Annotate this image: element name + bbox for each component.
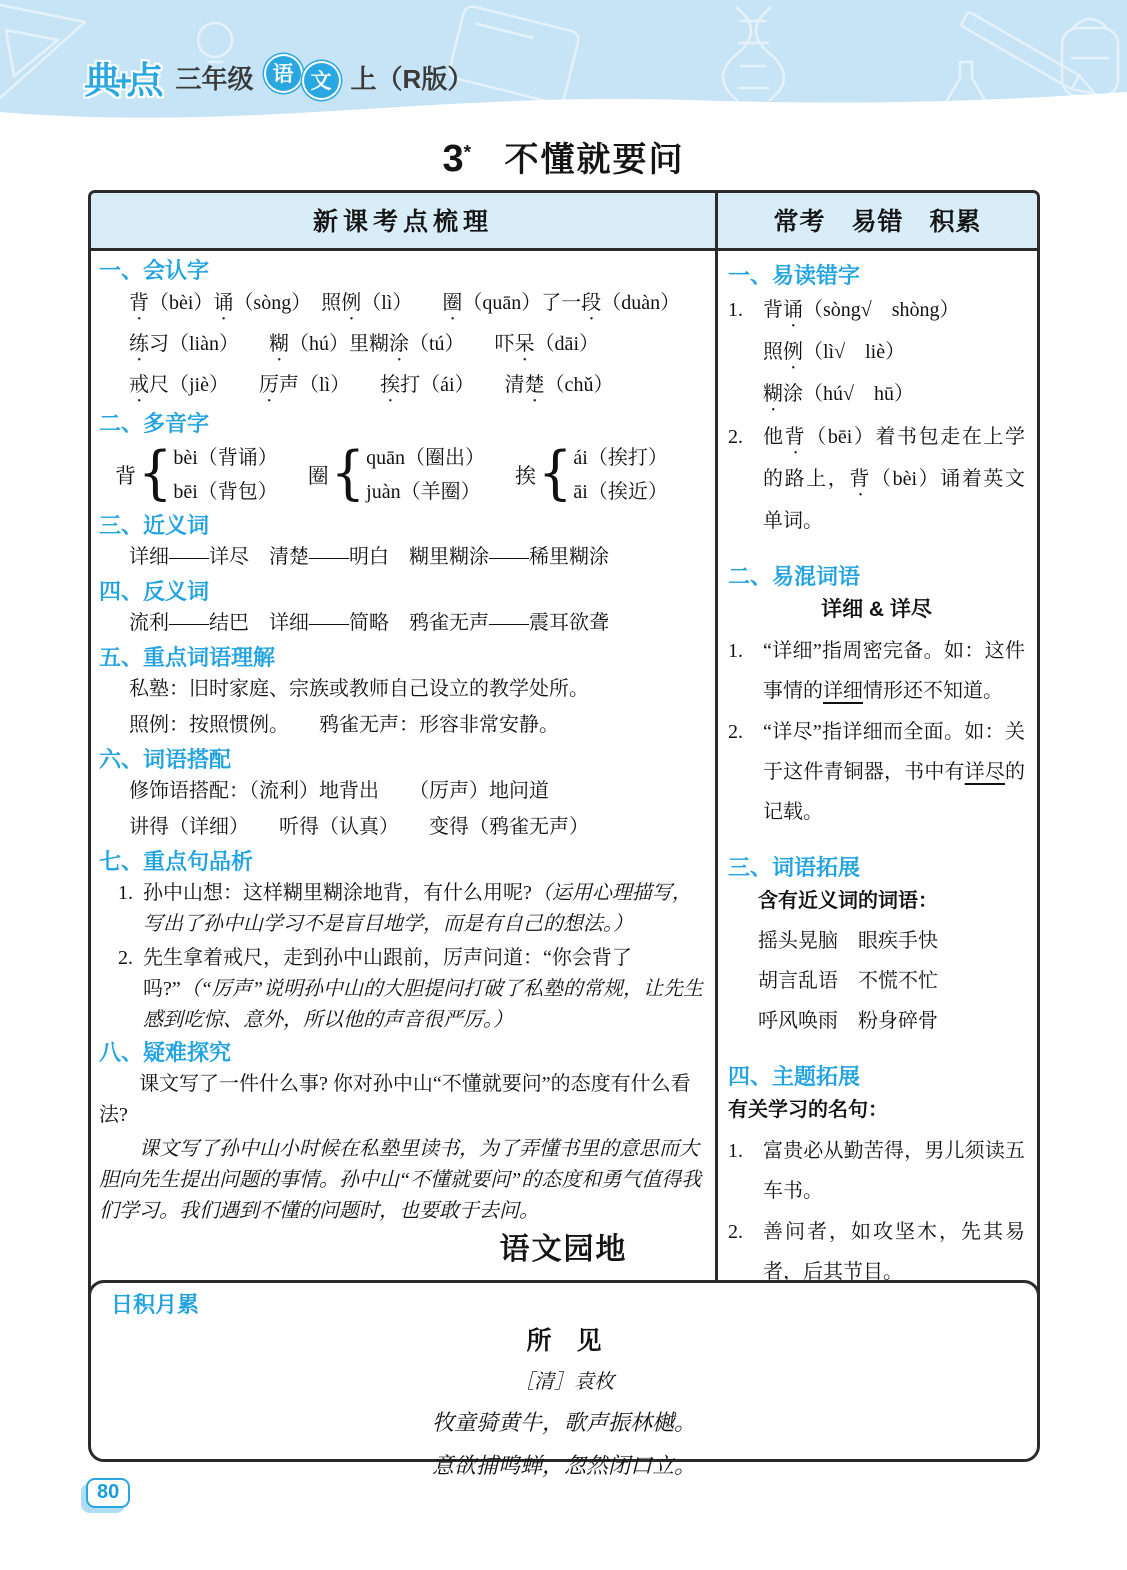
item-text: 背诵（sòng√ shòng） 照例（lì√ liè） 糊涂（hú√ hū）: [763, 290, 1025, 416]
polyphone-char: 背: [115, 460, 136, 490]
subject-badge: 语 文: [266, 60, 339, 95]
item-number: 2.: [728, 712, 754, 832]
brand-char: 点: [127, 50, 164, 104]
pronunciation: ái（挨打）: [573, 441, 667, 475]
section-heading: 五、重点词语理解: [99, 644, 705, 671]
polyphone-char: 圈: [308, 460, 329, 490]
item-text: “详尽”指详细而全面。如：关于这件青铜器，书中有详尽的记载。: [763, 712, 1025, 832]
paragraph: 课文写了一件什么事? 你对孙中山“不懂就要问”的态度有什么看法?: [99, 1069, 705, 1131]
lesson-name: 不懂就要问: [505, 141, 685, 179]
text-line: 照例：按照惯例。 鸦雀无声：形容非常安静。: [99, 707, 705, 743]
section-heading: 三、词语拓展: [728, 854, 1025, 881]
brace-icon: {: [538, 447, 572, 499]
text-line: 详细——详尽 清楚——明白 糊里糊涂——稀里糊涂: [99, 539, 705, 575]
right-column: 一、易读错字 1. 背诵（sòng√ shòng） 照例（lì√ liè） 糊涂…: [718, 251, 1037, 1322]
numbered-item: 1. 孙中山想：这样糊里糊涂地背，有什么用呢?（运用心理描写，写出了孙中山学习不…: [99, 878, 705, 940]
numbered-item: 1. “详细”指周密完备。如：这件事情的详细情形还不知道。: [728, 631, 1025, 711]
accumulation-box: 日积月累 所 见 ［清］袁枚 牧童骑黄牛，歌声振林樾。 意欲捕鸣蝉，忽然闭口立。: [88, 1280, 1040, 1462]
section-huirenzi: 一、会认字 背（bèi）诵（sòng） 照例（lì） 圈（quān）了一段（du…: [99, 257, 705, 407]
box-label: 日积月累: [111, 1291, 1017, 1319]
numbered-item: 2. 先生拿着戒尺，走到孙中山跟前，厉声问道：“你会背了吗?”（“厉声”说明孙中…: [99, 943, 705, 1036]
polyphone-group: 背 { bèi（背诵） bēi（背包）: [115, 441, 278, 509]
text-line: 流利——结巴 详细——简略 鸦雀无声——震耳欲聋: [99, 605, 705, 641]
subject-circle: 文: [304, 63, 339, 98]
numbered-item: 2. 他背（bēi）着书包走在上学的路上，背（bèi）诵着英文单词。: [728, 417, 1025, 541]
grade-label: 三年级: [176, 59, 254, 96]
section-heading: 三、近义词: [99, 512, 705, 539]
item-text: 先生拿着戒尺，走到孙中山跟前，厉声问道：“你会背了吗?”（“厉声”说明孙中山的大…: [143, 943, 705, 1036]
table-header-left: 新课考点梳理: [91, 193, 718, 248]
section-heading: 四、主题拓展: [728, 1063, 1025, 1090]
item-number: 1.: [728, 1131, 754, 1211]
section-yinan-tanjiu: 八、疑难探究 课文写了一件什么事? 你对孙中山“不懂就要问”的态度有什么看法? …: [99, 1039, 705, 1227]
numbered-item: 1. 富贵必从勤苦得，男儿须读五车书。: [728, 1131, 1025, 1211]
polyphone-char: 挨: [515, 460, 536, 490]
brand-logo: 典 + 点: [84, 50, 164, 104]
garden-title: 语文园地: [0, 1224, 1127, 1268]
pronunciation: bèi（背诵）: [173, 441, 277, 475]
lesson-title: 3* 不懂就要问: [0, 132, 1127, 181]
paragraph: 课文写了孙中山小时候在私塾里读书，为了弄懂书里的意思而大胆向先生提出问题的事情。…: [99, 1134, 705, 1227]
numbered-item: 1. 背诵（sòng√ shòng） 照例（lì√ liè） 糊涂（hú√ hū…: [728, 290, 1025, 416]
workbook-page: 典 + 点 三年级 语 文 上（R版） 3* 不懂就要问 新课考点梳理 常考 易…: [0, 0, 1127, 1570]
edition-label: 上（R版）: [351, 59, 474, 96]
set-square-icon: [0, 0, 85, 98]
poem-author: ［清］袁枚: [111, 1365, 1017, 1394]
text-line: 背诵（sòng√ shòng）: [763, 290, 1025, 332]
table-header: 新课考点梳理 常考 易错 积累: [91, 193, 1037, 251]
poem-line: 牧童骑黄牛，歌声振林樾。: [111, 1406, 1017, 1437]
item-number: 2.: [728, 417, 754, 541]
page-banner: 典 + 点 三年级 语 文 上（R版）: [0, 0, 1127, 128]
brand-header: 典 + 点 三年级 语 文 上（R版）: [84, 50, 473, 104]
section-duoyinzi: 二、多音字 背 { bèi（背诵） bēi（背包） 圈 {: [99, 410, 705, 509]
text-line: 照例（lì√ liè）: [763, 332, 1025, 374]
lead-line: 有关学习的名句：: [728, 1090, 1025, 1130]
section-heading: 一、会认字: [99, 257, 705, 284]
section-ciyu-lijie: 五、重点词语理解 私塾：旧时家庭、宗族或教师自己设立的教学处所。 照例：按照惯例…: [99, 644, 705, 743]
item-text: “详细”指周密完备。如：这件事情的详细情形还不知道。: [763, 631, 1025, 711]
numbered-item: 2. “详尽”指详细而全面。如：关于这件青铜器，书中有详尽的记载。: [728, 712, 1025, 832]
section-ciyu-dapei: 六、词语搭配 修饰语搭配：（流利）地背出 （厉声）地问道 讲得（详细） 听得（认…: [99, 746, 705, 845]
text-line: 修饰语搭配：（流利）地背出 （厉声）地问道: [99, 773, 705, 809]
section-jinyici: 三、近义词 详细——详尽 清楚——明白 糊里糊涂——稀里糊涂: [99, 512, 705, 575]
text-line: 呼风唤雨 粉身碎骨: [728, 1001, 1025, 1041]
item-text: 他背（bēi）着书包走在上学的路上，背（bèi）诵着英文单词。: [763, 417, 1025, 541]
text-line: 摇头晃脑 眼疾手快: [728, 921, 1025, 961]
section-heading: 四、反义词: [99, 578, 705, 605]
item-text: 孙中山想：这样糊里糊涂地背，有什么用呢?（运用心理描写，写出了孙中山学习不是盲目…: [143, 878, 705, 940]
item-number: 2.: [103, 943, 133, 1036]
subject-circle: 语: [266, 56, 301, 91]
text-line: 私塾：旧时家庭、宗族或教师自己设立的教学处所。: [99, 671, 705, 707]
page-number-badge: 80: [86, 1478, 130, 1508]
pronunciation: juàn（羊圈）: [366, 475, 485, 509]
study-table: 新课考点梳理 常考 易错 积累 一、会认字 背（bèi）诵（sòng） 照例（l…: [88, 190, 1040, 1325]
section-heading: 二、多音字: [99, 410, 705, 437]
poem-line: 意欲捕鸣蝉，忽然闭口立。: [111, 1449, 1017, 1480]
section-heading: 二、易混词语: [728, 563, 1025, 590]
lesson-star: *: [464, 143, 471, 164]
section-heading: 六、词语搭配: [99, 746, 705, 773]
left-column: 一、会认字 背（bèi）诵（sòng） 照例（lì） 圈（quān）了一段（du…: [91, 251, 718, 1322]
lead-line: 含有近义词的词语：: [728, 881, 1025, 921]
section-yiducuozi: 一、易读错字 1. 背诵（sòng√ shòng） 照例（lì√ liè） 糊涂…: [728, 262, 1025, 541]
pronunciation: bēi（背包）: [173, 475, 277, 509]
section-heading: 八、疑难探究: [99, 1039, 705, 1066]
item-number: 1.: [728, 631, 754, 711]
backpack-icon: [1062, 19, 1118, 96]
poem-title: 所 见: [111, 1321, 1017, 1357]
table-body: 一、会认字 背（bèi）诵（sòng） 照例（lì） 圈（quān）了一段（du…: [91, 251, 1037, 1322]
section-heading: 七、重点句品析: [99, 848, 705, 875]
polyphone-row: 背 { bèi（背诵） bēi（背包） 圈 { quān（圈出）: [99, 441, 705, 509]
text-line: 糊涂（hú√ hū）: [763, 374, 1025, 416]
text-line: 练习（liàn） 糊（hú）里糊涂（tú） 吓呆（dāi）: [99, 325, 705, 366]
text-line: 讲得（详细） 听得（认真） 变得（鸦雀无声）: [99, 809, 705, 845]
dna-icon: [723, 8, 784, 100]
section-ciyu-tuozhan: 三、词语拓展 含有近义词的词语： 摇头晃脑 眼疾手快 胡言乱语 不慌不忙 呼风唤…: [728, 854, 1025, 1041]
section-ju-pinxi: 七、重点句品析 1. 孙中山想：这样糊里糊涂地背，有什么用呢?（运用心理描写，写…: [99, 848, 705, 1036]
section-yihun-ciyu: 二、易混词语 详细 & 详尽 1. “详细”指周密完备。如：这件事情的详细情形还…: [728, 563, 1025, 832]
compare-title: 详细 & 详尽: [728, 590, 1025, 630]
polyphone-group: 圈 { quān（圈出） juàn（羊圈）: [308, 441, 485, 509]
pronunciation: quān（圈出）: [366, 441, 485, 475]
table-header-right: 常考 易错 积累: [718, 193, 1037, 248]
polyphone-group: 挨 { ái（挨打） āi（挨近）: [515, 441, 668, 509]
text-line: 胡言乱语 不慌不忙: [728, 961, 1025, 1001]
brace-icon: {: [331, 447, 365, 499]
item-text: 富贵必从勤苦得，男儿须读五车书。: [763, 1131, 1025, 1211]
item-number: 1.: [103, 878, 133, 940]
section-fanyici: 四、反义词 流利——结巴 详细——简略 鸦雀无声——震耳欲聋: [99, 578, 705, 641]
item-number: 1.: [728, 290, 754, 416]
pronunciation: āi（挨近）: [573, 475, 667, 509]
lesson-number: 3: [443, 138, 464, 180]
text-line: 背（bèi）诵（sòng） 照例（lì） 圈（quān）了一段（duàn）: [99, 284, 705, 325]
brace-icon: {: [138, 447, 172, 499]
text-line: 戒尺（jiè） 厉声（lì） 挨打（ái） 清楚（chǔ）: [99, 366, 705, 407]
section-heading: 一、易读错字: [728, 262, 1025, 289]
